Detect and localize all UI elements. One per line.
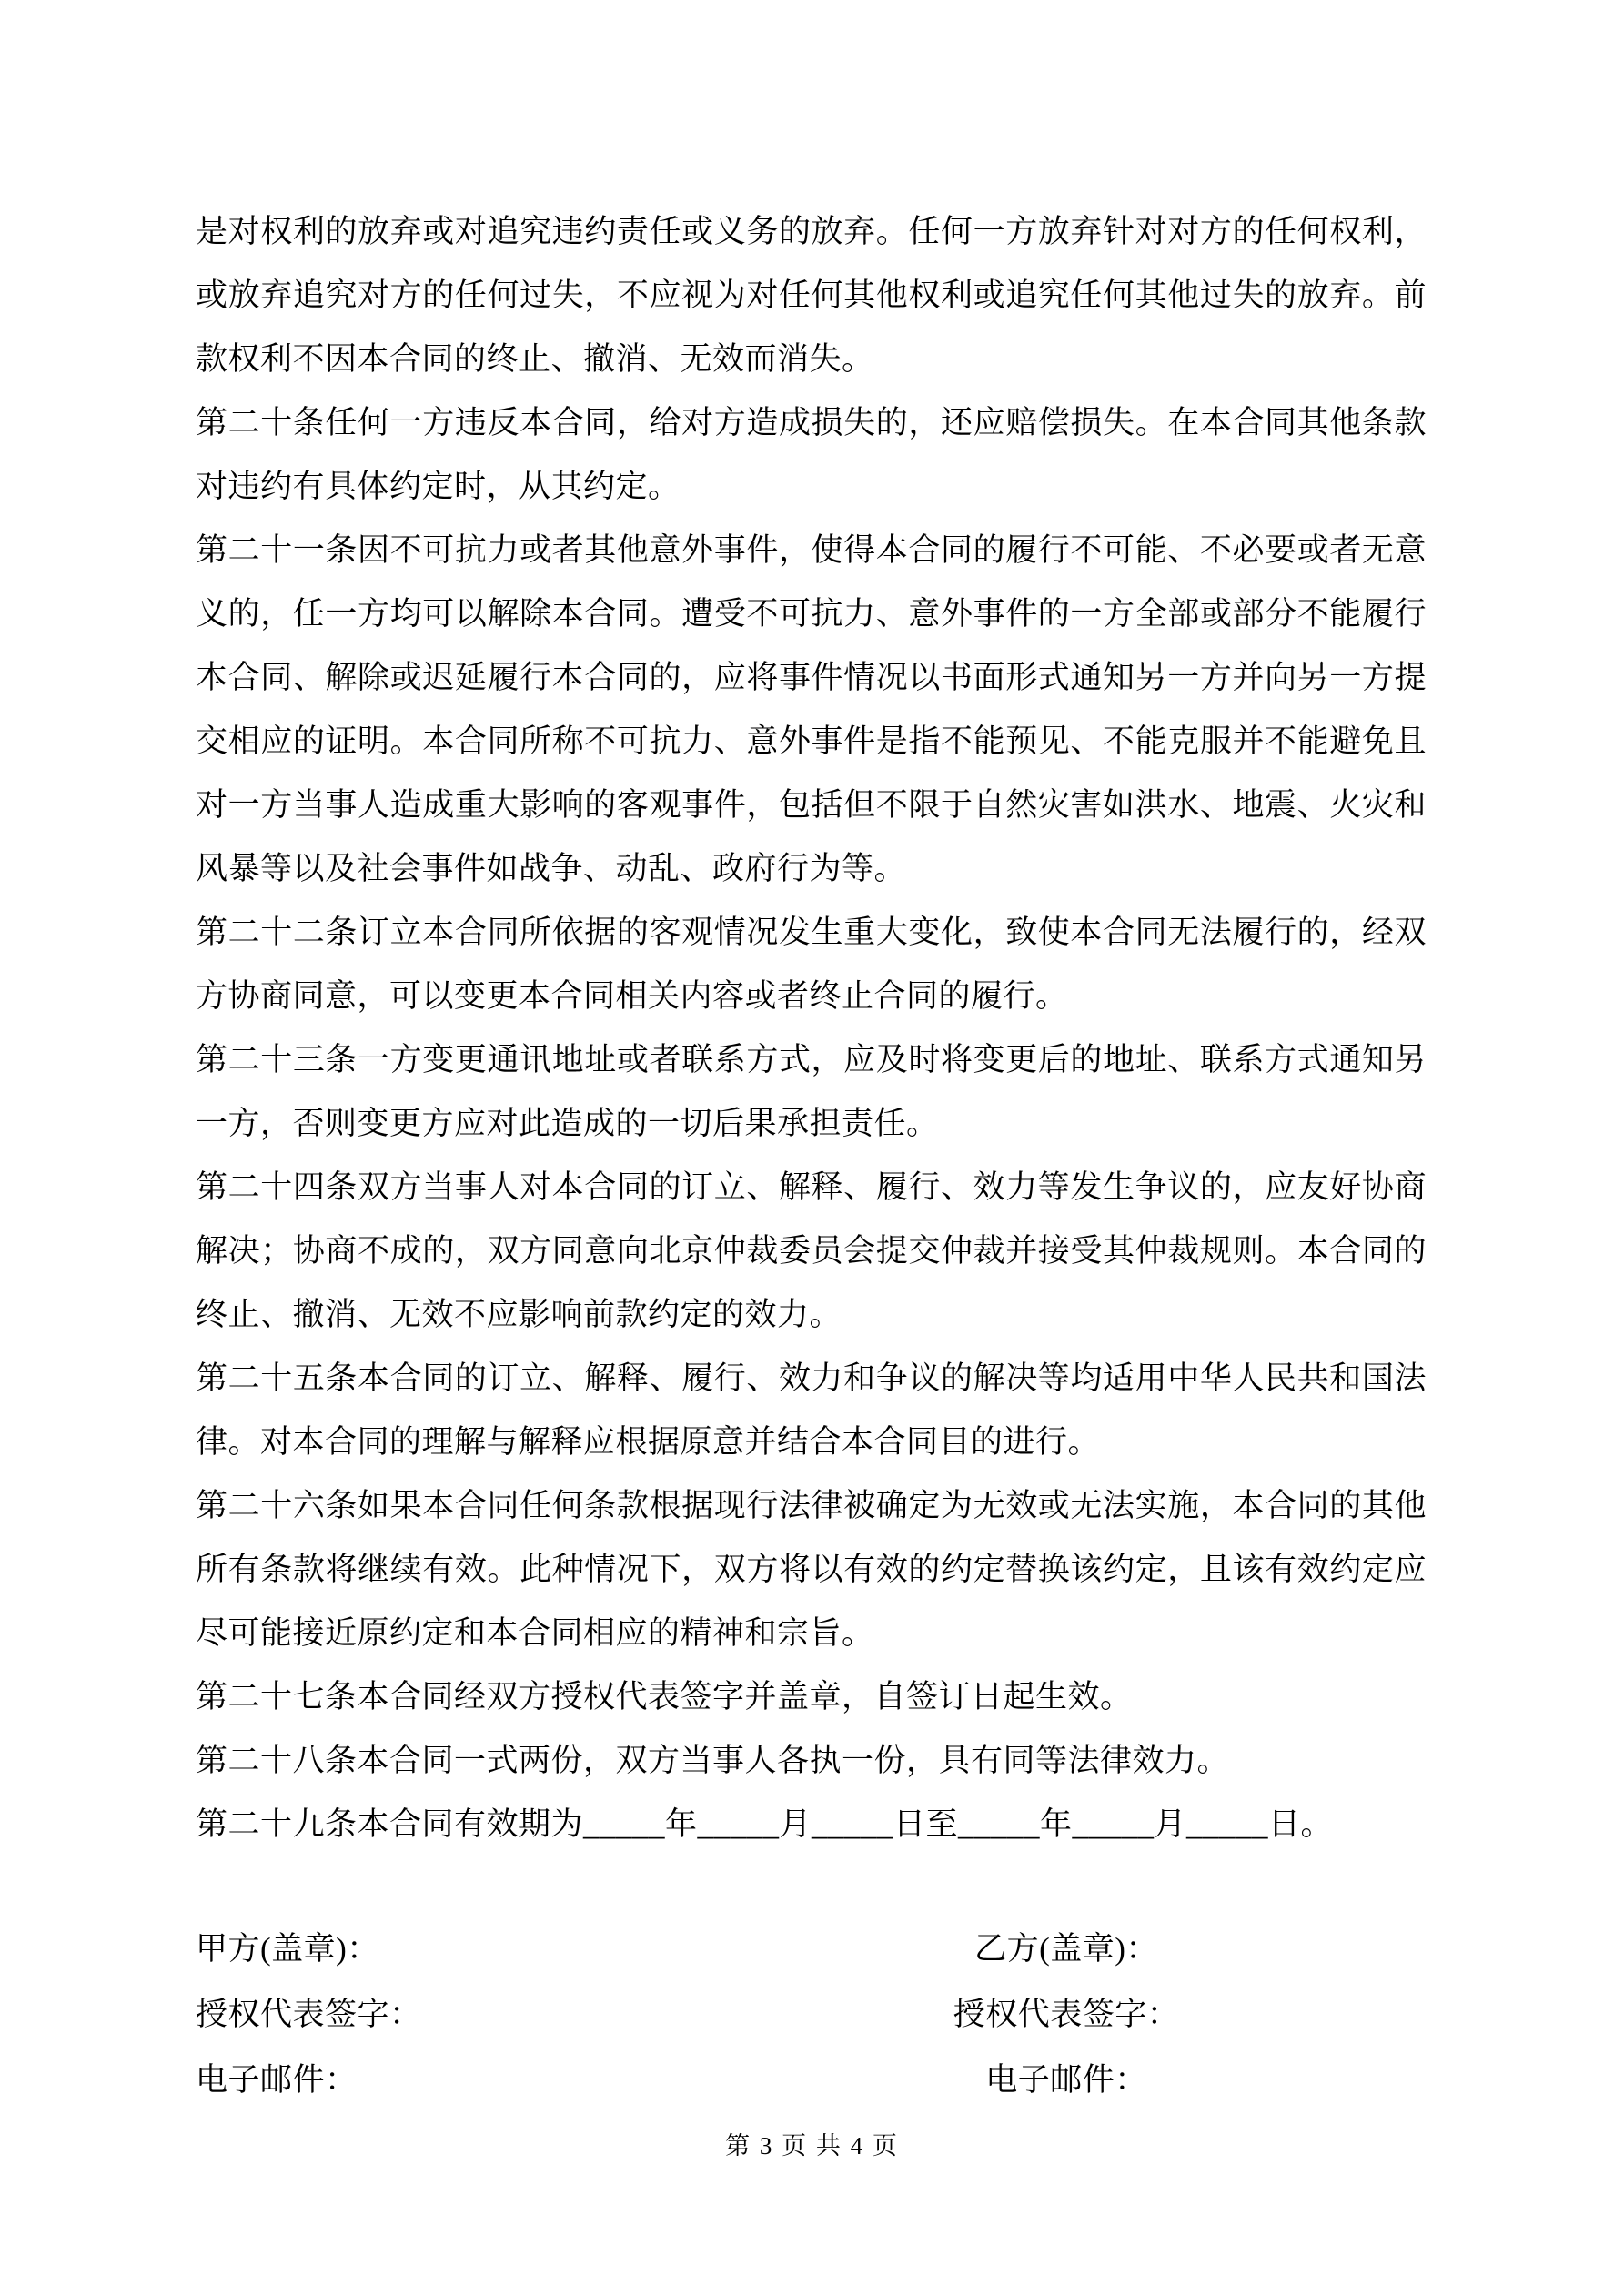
contract-line: 律。对本合同的理解与解释应根据原意并结合本合同目的进行。	[196, 1411, 1427, 1474]
contract-line-clause-29: 第二十九条本合同有效期为_____年_____月_____日至_____年___…	[196, 1793, 1427, 1856]
contract-line: 解决；协商不成的，双方同意向北京仲裁委员会提交仲裁并接受其仲裁规则。本合同的	[196, 1219, 1427, 1283]
contract-line: 终止、撤消、无效不应影响前款约定的效力。	[196, 1283, 1427, 1347]
contract-line: 一方，否则变更方应对此造成的一切后果承担责任。	[196, 1092, 1427, 1156]
contract-line: 款权利不因本合同的终止、撤消、无效而消失。	[196, 328, 1427, 391]
page-footer: 第 3 页 共 4 页	[0, 2128, 1624, 2164]
contract-line: 所有条款将继续有效。此种情况下，双方将以有效的约定替换该约定，且该有效约定应	[196, 1538, 1427, 1602]
contract-line-clause-21: 第二十一条因不可抗力或者其他意外事件，使得本合同的履行不可能、不必要或者无意	[196, 519, 1427, 582]
party-b-representative-signature-label: 授权代表签字：	[793, 1982, 1339, 2048]
party-b-email-label: 电子邮件：	[793, 2048, 1339, 2113]
contract-line: 是对权利的放弃或对追究违约责任或义务的放弃。任何一方放弃针对对方的任何权利，	[196, 200, 1427, 264]
party-a-representative-signature-label: 授权代表签字：	[196, 1982, 760, 2048]
party-a-seal-label: 甲方(盖章)：	[196, 1917, 760, 1982]
contract-line: 对违约有具体约定时，从其约定。	[196, 455, 1427, 519]
contract-line: 或放弃追究对方的任何过失，不应视为对任何其他权利或追究任何其他过失的放弃。前	[196, 264, 1427, 328]
contract-line: 交相应的证明。本合同所称不可抗力、意外事件是指不能预见、不能克服并不能避免且	[196, 710, 1427, 774]
contract-line: 方协商同意，可以变更本合同相关内容或者终止合同的履行。	[196, 965, 1427, 1028]
contract-line-clause-27: 第二十七条本合同经双方授权代表签字并盖章，自签订日起生效。	[196, 1665, 1427, 1729]
contract-body: 是对权利的放弃或对追究违约责任或义务的放弃。任何一方放弃针对对方的任何权利， 或…	[196, 200, 1427, 1856]
party-b-seal-label: 乙方(盖章)：	[793, 1917, 1339, 1982]
contract-line-clause-26: 第二十六条如果本合同任何条款根据现行法律被确定为无效或无法实施，本合同的其他	[196, 1474, 1427, 1538]
contract-line-clause-20: 第二十条任何一方违反本合同，给对方造成损失的，还应赔偿损失。在本合同其他条款	[196, 391, 1427, 455]
contract-line: 本合同、解除或迟延履行本合同的，应将事件情况以书面形式通知另一方并向另一方提	[196, 646, 1427, 710]
contract-line-clause-28: 第二十八条本合同一式两份，双方当事人各执一份，具有同等法律效力。	[196, 1729, 1427, 1793]
signature-block-party-a: 甲方(盖章)： 授权代表签字： 电子邮件：	[196, 1917, 760, 2113]
contract-line: 尽可能接近原约定和本合同相应的精神和宗旨。	[196, 1602, 1427, 1665]
contract-line: 义的，任一方均可以解除本合同。遭受不可抗力、意外事件的一方全部或部分不能履行	[196, 582, 1427, 646]
contract-line: 风暴等以及社会事件如战争、动乱、政府行为等。	[196, 837, 1427, 901]
signature-block-party-b: 乙方(盖章)： 授权代表签字： 电子邮件：	[793, 1917, 1339, 2113]
contract-line-clause-22: 第二十二条订立本合同所依据的客观情况发生重大变化，致使本合同无法履行的，经双	[196, 901, 1427, 965]
contract-line-clause-25: 第二十五条本合同的订立、解释、履行、效力和争议的解决等均适用中华人民共和国法	[196, 1347, 1427, 1411]
contract-line: 对一方当事人造成重大影响的客观事件，包括但不限于自然灾害如洪水、地震、火灾和	[196, 774, 1427, 837]
document-page: 是对权利的放弃或对追究违约责任或义务的放弃。任何一方放弃针对对方的任何权利， 或…	[0, 0, 1624, 2296]
party-a-email-label: 电子邮件：	[196, 2048, 760, 2113]
contract-line-clause-24: 第二十四条双方当事人对本合同的订立、解释、履行、效力等发生争议的，应友好协商	[196, 1156, 1427, 1219]
contract-line-clause-23: 第二十三条一方变更通讯地址或者联系方式，应及时将变更后的地址、联系方式通知另	[196, 1028, 1427, 1092]
